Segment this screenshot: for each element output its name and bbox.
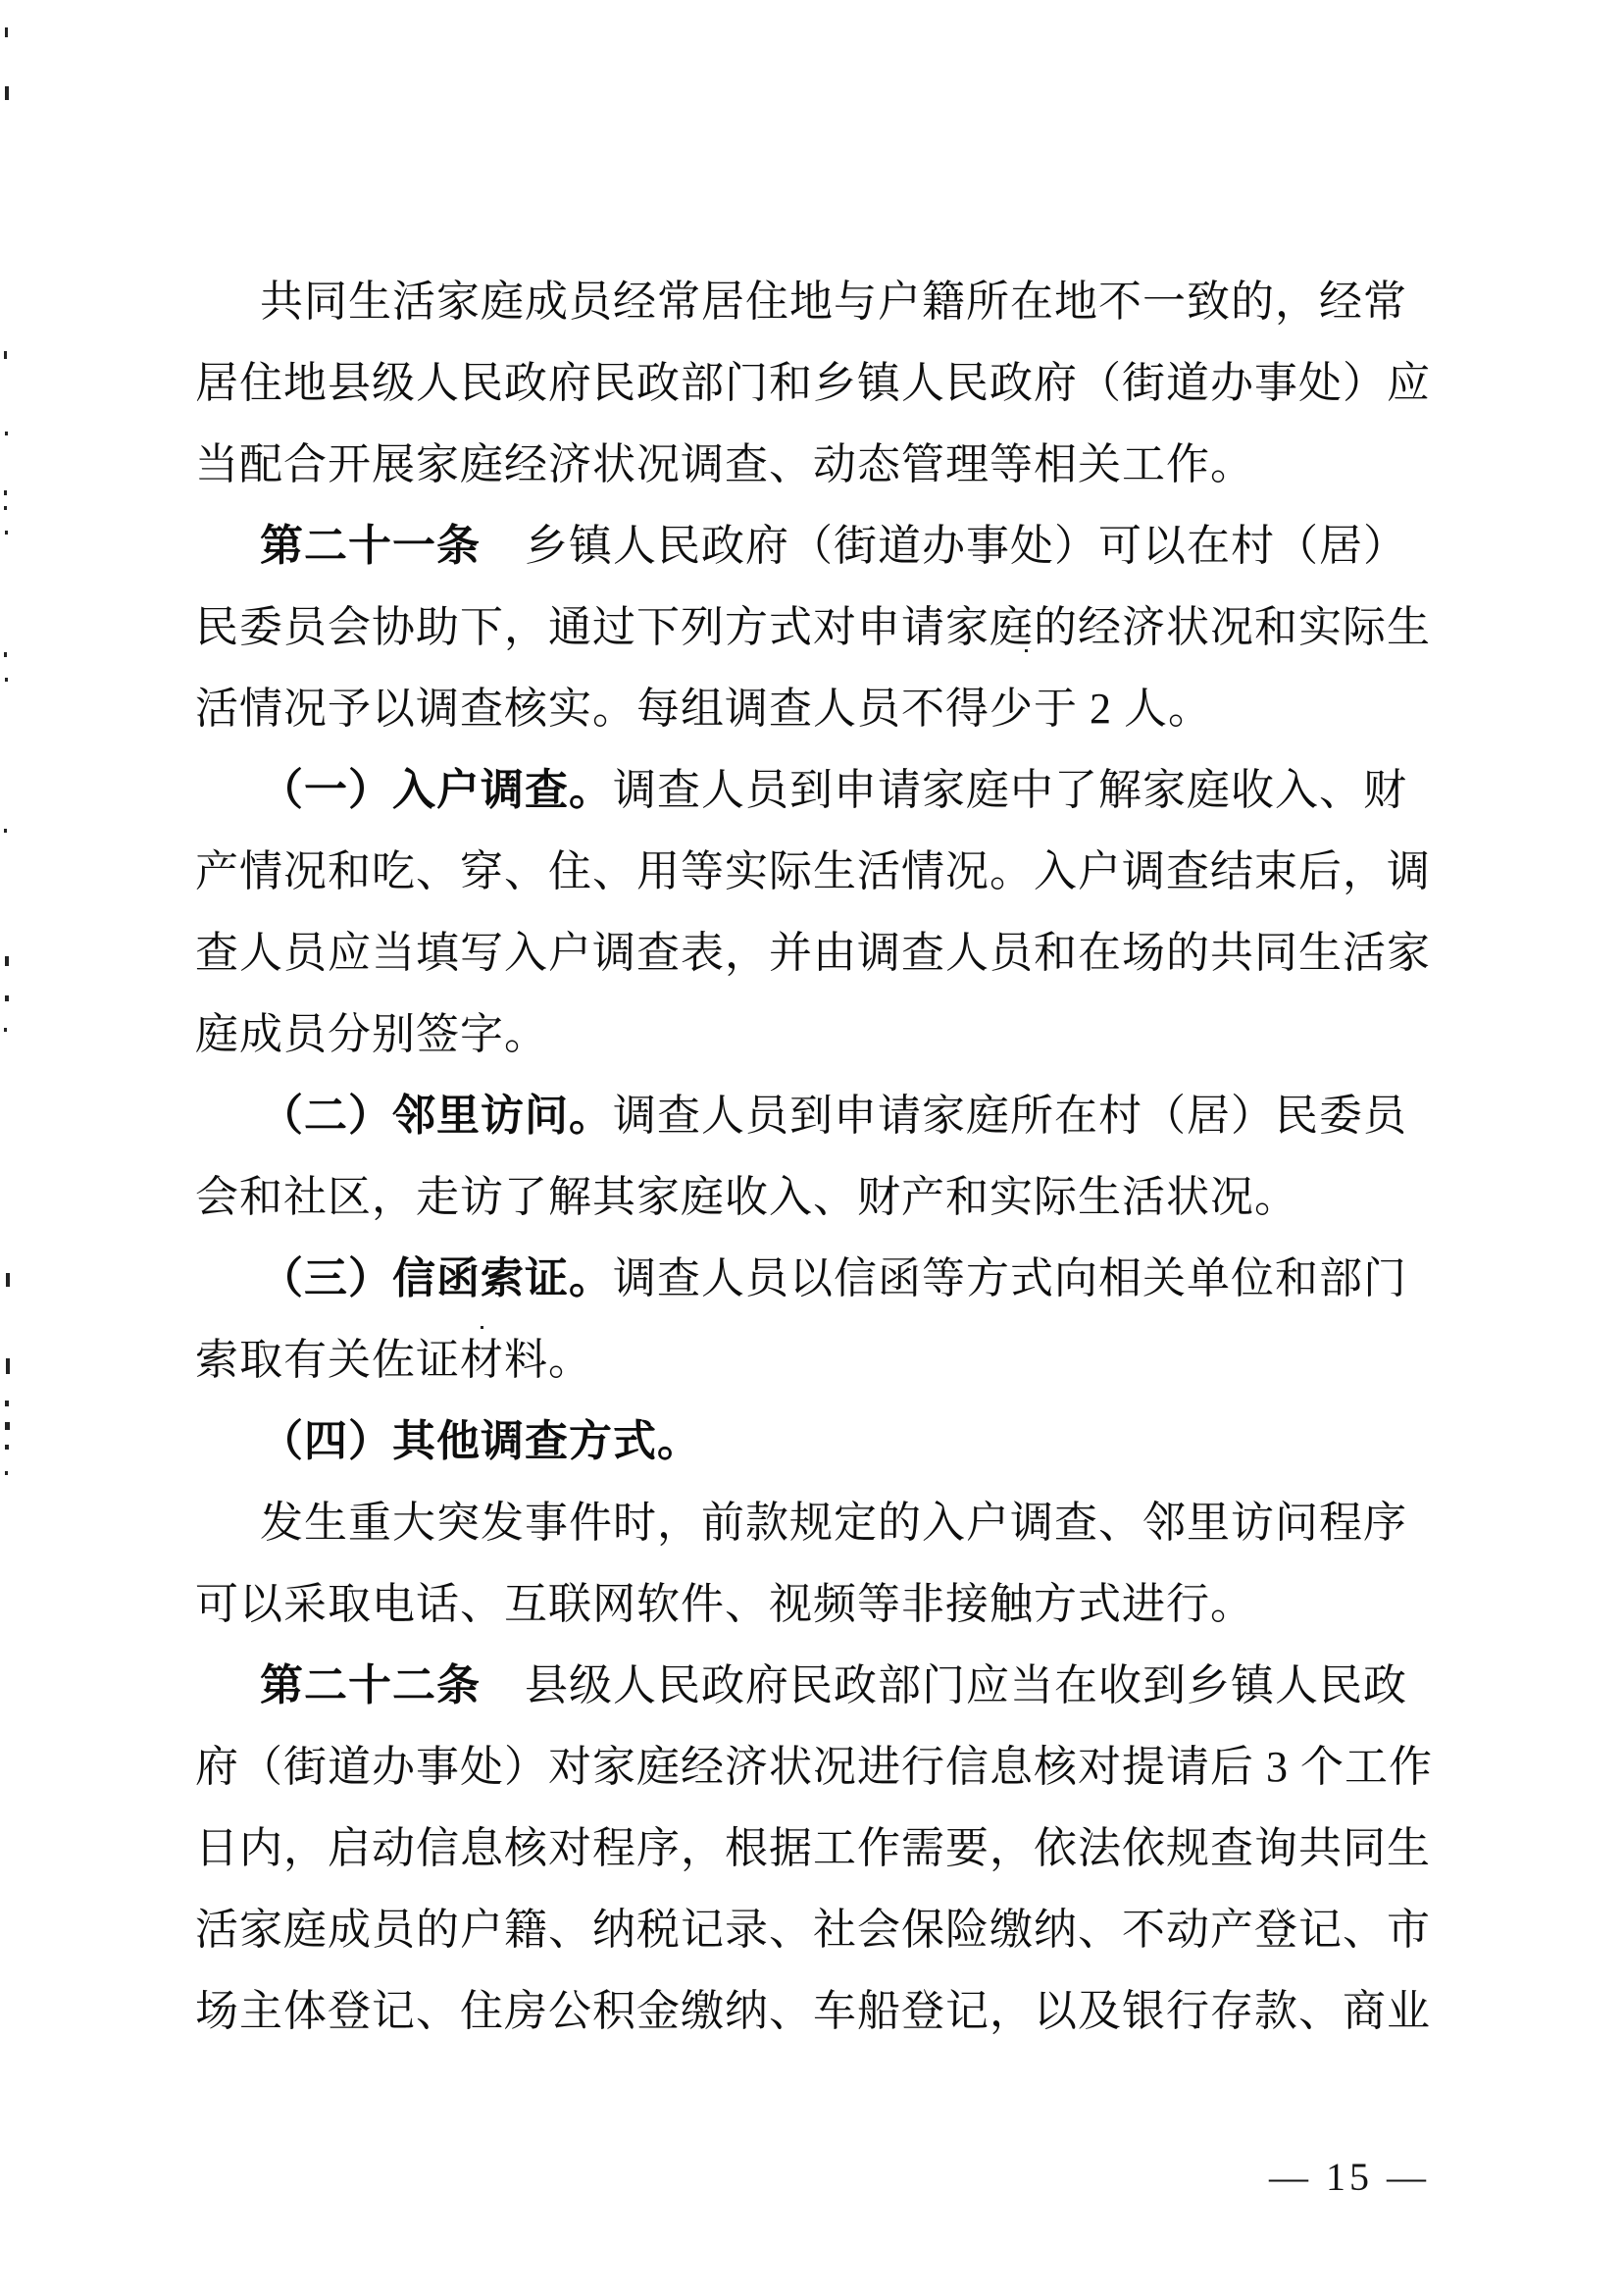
scan-artifact [5,678,8,682]
text-line: 场主体登记、住房公积金缴纳、车船登记，以及银行存款、商业 [195,1970,1470,2052]
scan-artifact [4,506,7,510]
text-line-item-4: （四）其他调查方式。 [195,1401,1470,1482]
scan-artifact [5,1471,8,1475]
scan-artifact [5,995,9,1001]
text-line: 活家庭成员的户籍、纳税记录、社会保险缴纳、不动产登记、市 [195,1889,1470,1970]
scan-artifact [5,1401,9,1406]
scan-artifact [481,1326,483,1329]
scan-artifact [4,490,7,495]
scan-artifact [5,956,9,966]
text-line-item-3: （三）信函索证。调查人员以信函等方式向相关单位和部门 [195,1238,1470,1319]
item-1-heading: （一）入户调查。 [260,766,613,814]
line-text: 产情况和吃、穿、住、用等实际生活情况。入户调查结束后，调 [195,847,1431,895]
page-number: — 15 — [1269,2154,1430,2200]
scan-artifact [4,652,7,657]
item-2-heading: （二）邻里访问。 [260,1092,613,1140]
line-text: 调查人员到申请家庭所在村（居）民委员 [613,1092,1407,1140]
line-text: 活家庭成员的户籍、纳税记录、社会保险缴纳、不动产登记、市 [195,1906,1431,1954]
text-line: 可以采取电话、互联网软件、视频等非接触方式进行。 [195,1563,1470,1645]
scan-artifact [5,432,8,435]
line-text: 会和社区，走访了解其家庭收入、财产和实际生活状况。 [195,1173,1298,1221]
scan-artifact [5,27,8,37]
text-line: 居住地县级人民政府民政部门和乡镇人民政府（街道办事处）应 [195,342,1470,424]
scan-artifact [6,1273,10,1287]
scan-artifact [4,829,7,833]
text-line: 产情况和吃、穿、住、用等实际生活情况。入户调查结束后，调 [195,831,1470,912]
text-line: 当配合开展家庭经济状况调查、动态管理等相关工作。 [195,424,1470,505]
scan-artifact [5,1422,10,1430]
line-text: 调查人员到申请家庭中了解家庭收入、财 [613,766,1407,814]
line-text: 县级人民政府民政部门应当在收到乡镇人民政 [481,1661,1407,1709]
text-line-item-1: （一）入户调查。调查人员到申请家庭中了解家庭收入、财 [195,749,1470,831]
line-text: 发生重大突发事件时，前款规定的入户调查、邻里访问程序 [260,1499,1407,1547]
scan-artifact [6,1358,10,1374]
text-line: 民委员会协助下，通过下列方式对申请家庭的经济状况和实际生 [195,586,1470,668]
scan-artifact [1025,649,1028,652]
line-text: 日内，启动信息核对程序，根据工作需要，依法依规查询共同生 [195,1824,1431,1872]
scan-artifact [1196,2025,1199,2028]
line-text: 民委员会协助下，通过下列方式对申请家庭的经济状况和实际生 [195,603,1431,651]
line-text: 居住地县级人民政府民政部门和乡镇人民政府（街道办事处）应 [195,359,1431,407]
line-text: 府（街道办事处）对家庭经济状况进行信息核对提请后 3 个工作 [195,1743,1433,1791]
text-line-article-21: 第二十一条 乡镇人民政府（街道办事处）可以在村（居） [195,505,1470,586]
scan-artifact [5,531,8,535]
line-text: 索取有关佐证材料。 [195,1336,592,1384]
text-line: 查人员应当填写入户调查表，并由调查人员和在场的共同生活家 [195,912,1470,994]
line-text: 活情况予以调查核实。每组调查人员不得少于 2 人。 [195,685,1212,733]
line-text: 调查人员以信函等方式向相关单位和部门 [613,1254,1407,1302]
text-line: 共同生活家庭成员经常居住地与户籍所在地不一致的，经常 [195,261,1470,342]
line-text: 共同生活家庭成员经常居住地与户籍所在地不一致的，经常 [260,278,1407,326]
text-line: 活情况予以调查核实。每组调查人员不得少于 2 人。 [195,668,1470,749]
scan-artifact [5,86,9,100]
line-text: 查人员应当填写入户调查表，并由调查人员和在场的共同生活家 [195,929,1431,977]
text-line: 索取有关佐证材料。 [195,1319,1470,1401]
text-line: 庭成员分别签字。 [195,994,1470,1075]
scan-artifact [5,1445,9,1450]
scan-artifact [4,1028,7,1032]
item-3-heading: （三）信函索证。 [260,1254,613,1302]
scan-artifact [4,351,7,359]
text-line: 府（街道办事处）对家庭经济状况进行信息核对提请后 3 个工作 [195,1726,1470,1808]
line-text: 可以采取电话、互联网软件、视频等非接触方式进行。 [195,1580,1254,1628]
line-text: 当配合开展家庭经济状况调查、动态管理等相关工作。 [195,440,1254,488]
text-line: 日内，启动信息核对程序，根据工作需要，依法依规查询共同生 [195,1808,1470,1889]
text-line-article-22: 第二十二条 县级人民政府民政部门应当在收到乡镇人民政 [195,1645,1470,1726]
line-text: 庭成员分别签字。 [195,1010,548,1058]
text-line: 会和社区，走访了解其家庭收入、财产和实际生活状况。 [195,1156,1470,1238]
article-21-heading: 第二十一条 [260,522,481,570]
document-body: 共同生活家庭成员经常居住地与户籍所在地不一致的，经常 居住地县级人民政府民政部门… [195,261,1470,2052]
line-text: 乡镇人民政府（街道办事处）可以在村（居） [481,522,1407,570]
document-page: 共同生活家庭成员经常居住地与户籍所在地不一致的，经常 居住地县级人民政府民政部门… [0,0,1624,2293]
article-22-heading: 第二十二条 [260,1661,481,1709]
text-line-item-2: （二）邻里访问。调查人员到申请家庭所在村（居）民委员 [195,1075,1470,1156]
line-text: 场主体登记、住房公积金缴纳、车船登记，以及银行存款、商业 [195,1987,1431,2035]
text-line: 发生重大突发事件时，前款规定的入户调查、邻里访问程序 [195,1482,1470,1563]
item-4-heading: （四）其他调查方式。 [260,1417,701,1465]
